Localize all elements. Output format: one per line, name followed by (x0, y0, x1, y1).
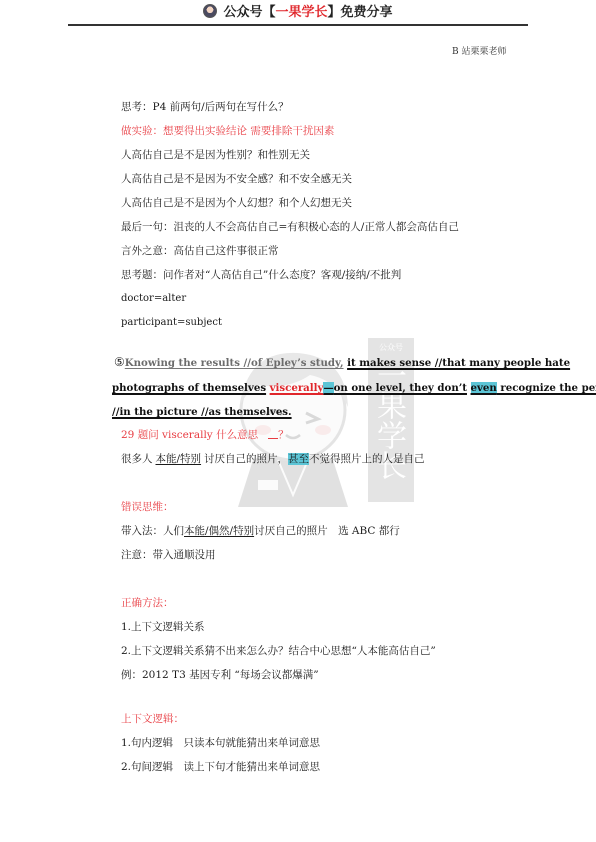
context-logic-item-2: 2.句间逻辑 读上下句才能猜出来单词意思 (121, 760, 320, 774)
passage-clause-level: on one level, they don’t (334, 382, 467, 394)
note-fantasy: 人高估自己是不是因为个人幻想？和个人幻想无关 (121, 196, 352, 210)
question-29: 29 题问 viscerally 什么意思 ？ (121, 428, 289, 442)
passage-line-1: ⑤Knowing the results //of Epley’s study,… (114, 355, 507, 370)
passage-clause-photographs: photographs of themselves (112, 382, 266, 394)
note-think-p4: 思考：P4 前两句/后两句在写什么？ (121, 100, 289, 114)
passage-clause-main: it makes sense //that many people hate (347, 357, 570, 369)
correct-method-item-2: 2.上下文逻辑关系猜不出来怎么办？结合中心思想“人本能高估自己” (121, 644, 436, 658)
answer-prefix: 很多人 (121, 453, 153, 465)
watermark-column-top: 公众号 (368, 342, 414, 353)
substitute-prefix: 带入法：人们 (121, 525, 184, 537)
note-experiment: 做实验：想要得出实验结论 需要排除干扰因素 (121, 124, 334, 138)
banner-prefix: 公众号 (223, 5, 262, 20)
answer-tail: 不觉得照片上的人是自己 (309, 453, 425, 465)
page-header: 公众号【一果学长】免费分享 (0, 0, 596, 26)
share-banner: 公众号【一果学长】免费分享 (0, 4, 596, 21)
note-gender: 人高估自己是不是因为性别？和性别无关 (121, 148, 310, 162)
header-divider (68, 24, 528, 26)
banner-brand: 一果学长 (275, 5, 327, 20)
passage-line-2: photographs of themselves viscerally—on … (112, 381, 505, 395)
banner-bracket-open: 【 (262, 5, 275, 20)
question-29-prompt: 29 题问 viscerally 什么意思 (121, 429, 258, 441)
question-29-answer: 很多人本能/特别讨厌自己的照片，甚至不觉得照片上的人是自己 (121, 452, 425, 466)
answer-underlined: 本能/特别 (153, 453, 205, 465)
avatar-icon (203, 4, 217, 18)
passage-clause-recognize: recognize the person (497, 382, 596, 394)
passage-line-3: //in the picture //as themselves. (112, 405, 505, 419)
vocab-participant: participant=subject (121, 316, 222, 330)
keyword-even: even (471, 382, 497, 394)
substitute-options: 本能/偶然/特别 (184, 525, 254, 537)
correct-method-item-1: 1.上下文逻辑关系 (121, 620, 205, 634)
banner-suffix: 免费分享 (341, 5, 393, 20)
vocab-doctor: doctor=alter (121, 292, 186, 306)
note-last-sentence: 最后一句：沮丧的人不会高估自己=有积极心态的人/正常人都会高估自己 (121, 220, 459, 234)
passage-clause-picture: //in the picture //as themselves. (112, 406, 292, 418)
context-logic-title: 上下文逻辑： (121, 712, 184, 726)
note-insecurity: 人高估自己是不是因为不安全感？和不安全感无关 (121, 172, 352, 186)
note-implication: 言外之意：高估自己这件事很正常 (121, 244, 279, 258)
keyword-viscerally: viscerally (270, 382, 324, 394)
banner-bracket-close: 】 (328, 5, 341, 20)
answer-highlight: 甚至 (288, 453, 309, 465)
question-29-mark: ？ (278, 429, 289, 441)
answer-blank (268, 428, 278, 439)
correct-method-title: 正确方法： (121, 596, 174, 610)
answer-mid: 讨厌自己的照片， (204, 453, 288, 465)
passage-clause-grey: Knowing the results //of Epley’s study, (125, 357, 344, 369)
wrong-thinking-title: 错误思维： (121, 500, 174, 514)
note-question: 思考题：问作者对“人高估自己”什么态度？客观/接纳/不批判 (121, 268, 401, 282)
substitute-method: 带入法：人们本能/偶然/特别讨厌自己的照片 选 ABC 都行 (121, 524, 400, 538)
substitute-tail: 讨厌自己的照片 选 ABC 都行 (254, 525, 400, 537)
dash-highlight: — (323, 382, 333, 394)
substitute-note: 注意：带入通顺没用 (121, 548, 216, 562)
context-logic-item-1: 1.句内逻辑 只读本句就能猜出来单词意思 (121, 736, 320, 750)
paragraph-number: ⑤ (114, 355, 125, 369)
correct-method-example: 例：2012 T3 基因专利 “每场会议都爆满” (121, 668, 319, 682)
author-tag: B 站栗栗老师 (452, 44, 506, 57)
